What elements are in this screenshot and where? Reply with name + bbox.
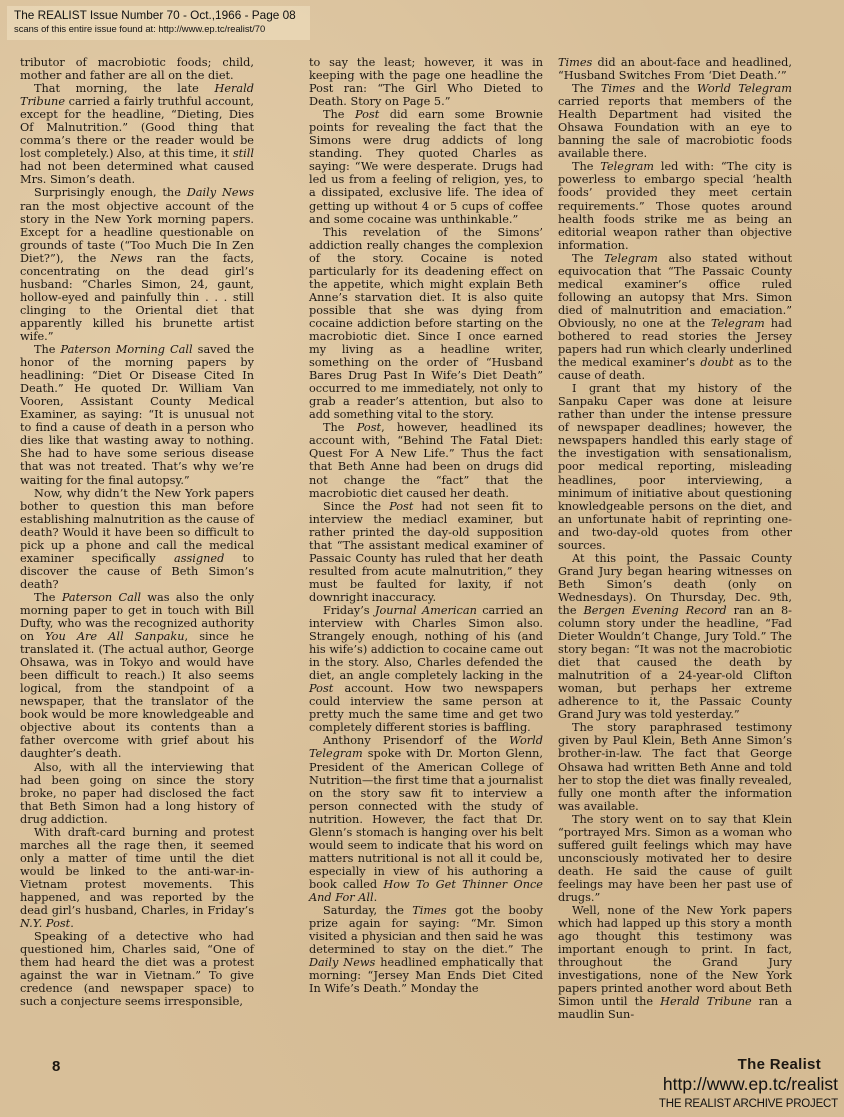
paragraph-text: did an about-face and headlined, “Husban…	[558, 56, 792, 82]
italic-title: doubt	[700, 356, 733, 369]
article-paragraph: Speaking of a detective who had question…	[20, 930, 254, 1008]
italic-title: World Telegram	[697, 82, 792, 95]
article-paragraph: With draft-card burning and protest marc…	[20, 826, 254, 930]
paragraph-text: This revelation of the Simons’ addiction…	[309, 226, 543, 422]
page-number: 8	[52, 1058, 60, 1075]
paragraph-text: spoke with Dr. Morton Glenn, President o…	[309, 747, 543, 890]
italic-title: News	[110, 252, 142, 265]
article-paragraph: At this point, the Passaic County Grand …	[558, 552, 792, 722]
article-paragraph: The Post, however, headlined its account…	[309, 421, 543, 499]
italic-title: Bergen Evening Record	[583, 604, 726, 617]
paragraph-text: Speaking of a detective who had question…	[20, 930, 254, 1008]
article-paragraph: The Times and the World Telegram carried…	[558, 82, 792, 160]
paragraph-text: Friday’s	[323, 604, 375, 617]
paragraph-text: The story paraphrased testimony given by…	[558, 721, 792, 812]
paragraph-text: had not been determined what caused Mrs.…	[20, 160, 254, 186]
italic-title: Post	[355, 108, 379, 121]
paragraph-text: and the	[635, 82, 697, 95]
article-paragraph: The Post did earn some Brownie points fo…	[309, 108, 543, 225]
archive-title: The REALIST Issue Number 70 - Oct.,1966 …	[14, 8, 306, 23]
paragraph-text: I grant that my history of the Sanpaku C…	[558, 382, 792, 552]
paragraph-text: had not seen fit to interview the mediac…	[309, 500, 543, 604]
paragraph-text: .	[70, 917, 74, 930]
article-column-3: Times did an about-face and headlined, “…	[558, 56, 792, 1021]
italic-title: Times	[412, 904, 446, 917]
paragraph-text: The	[572, 252, 604, 265]
italic-title: Paterson Morning Call	[61, 343, 193, 356]
article-paragraph: I grant that my history of the Sanpaku C…	[558, 382, 792, 552]
paragraph-text: Since the	[323, 500, 389, 513]
article-column-1: tributor of macrobiotic foods; child, mo…	[20, 56, 254, 1008]
article-paragraph: The story went on to say that Klein “por…	[558, 813, 792, 904]
italic-title: Post	[309, 682, 333, 695]
paragraph-text: ran an 8-column story under the headline…	[558, 604, 792, 721]
archive-url-link[interactable]: http://www.ep.tc/realist	[663, 1074, 838, 1095]
article-paragraph: The Telegram also stated without equivoc…	[558, 252, 792, 382]
article-paragraph: Saturday, the Times got the booby prize …	[309, 904, 543, 995]
archive-project-label: THE REALIST ARCHIVE PROJECT	[659, 1098, 838, 1110]
paragraph-text: The	[323, 108, 355, 121]
article-paragraph: to say the least; however, it was in kee…	[309, 56, 543, 108]
article-paragraph: tributor of macrobiotic foods; child, mo…	[20, 56, 254, 82]
paragraph-text: The	[34, 591, 62, 604]
paragraph-text: saved the honor of the morning papers by…	[20, 343, 254, 486]
paragraph-text: Also, with all the interviewing that had…	[20, 761, 254, 826]
italic-title: assigned	[174, 552, 224, 565]
article-paragraph: The Paterson Call was also the only morn…	[20, 591, 254, 761]
article-paragraph: Since the Post had not seen fit to inter…	[309, 500, 543, 604]
italic-title: Post	[357, 421, 381, 434]
paragraph-text: led with: “The city is powerless to emba…	[558, 160, 792, 251]
italic-title: Telegram	[711, 317, 765, 330]
paragraph-text: account. How two newspapers could interv…	[309, 682, 543, 734]
archive-header: The REALIST Issue Number 70 - Oct.,1966 …	[7, 6, 310, 40]
italic-title: Daily News	[309, 956, 375, 969]
article-paragraph: Now, why didn’t the New York papers both…	[20, 487, 254, 591]
paragraph-text: carried reports that members of the Heal…	[558, 95, 792, 160]
italic-title: Telegram	[604, 252, 658, 265]
archive-source-note: scans of this entire issue found at: htt…	[14, 23, 306, 35]
paragraph-text: , since he translated it. (The actual au…	[20, 630, 254, 760]
paragraph-text: The	[572, 82, 601, 95]
article-paragraph: Friday’s Journal American carried an int…	[309, 604, 543, 734]
article-paragraph: Surprisingly enough, the Daily News ran …	[20, 186, 254, 343]
italic-title: N.Y. Post	[20, 917, 70, 930]
article-column-2: to say the least; however, it was in kee…	[309, 56, 543, 995]
paragraph-text: Anthony Prisendorf of the	[323, 734, 509, 747]
article-paragraph: Times did an about-face and headlined, “…	[558, 56, 792, 82]
paragraph-text: tributor of macrobiotic foods; child, mo…	[20, 56, 254, 82]
italic-title: Post	[389, 500, 413, 513]
paragraph-text: to say the least; however, it was in kee…	[309, 56, 543, 108]
paragraph-text: did earn some Brownie points for reveali…	[309, 108, 543, 225]
paragraph-text: With draft-card burning and protest marc…	[20, 826, 254, 917]
paragraph-text: Surprisingly enough, the	[34, 186, 187, 199]
paragraph-text: The story went on to say that Klein “por…	[558, 813, 792, 904]
paragraph-text: ran the facts, concentrating on the dead…	[20, 252, 254, 343]
italic-title: still	[233, 147, 254, 160]
magazine-masthead: The Realist	[738, 1056, 821, 1073]
paragraph-text: The	[572, 160, 600, 173]
italic-title: Daily News	[187, 186, 254, 199]
italic-title: Paterson Call	[62, 591, 141, 604]
italic-title: Times	[558, 56, 592, 69]
paragraph-text: Saturday, the	[323, 904, 412, 917]
article-paragraph: The Paterson Morning Call saved the hono…	[20, 343, 254, 487]
article-paragraph: The story paraphrased testimony given by…	[558, 721, 792, 812]
paragraph-text: The	[323, 421, 357, 434]
paragraph-text: Well, none of the New York papers which …	[558, 904, 792, 1008]
article-paragraph: Well, none of the New York papers which …	[558, 904, 792, 1021]
italic-title: Telegram	[600, 160, 654, 173]
italic-title: Times	[601, 82, 635, 95]
article-paragraph: Anthony Prisendorf of the World Telegram…	[309, 734, 543, 904]
paragraph-text: .	[374, 891, 378, 904]
article-paragraph: Also, with all the interviewing that had…	[20, 761, 254, 826]
paragraph-text: The	[34, 343, 61, 356]
article-paragraph: This revelation of the Simons’ addiction…	[309, 226, 543, 422]
italic-title: Herald Tribune	[660, 995, 752, 1008]
article-paragraph: That morning, the late Herald Tribune ca…	[20, 82, 254, 186]
italic-title: Journal American	[375, 604, 477, 617]
paragraph-text: That morning, the late	[34, 82, 214, 95]
article-paragraph: The Telegram led with: “The city is powe…	[558, 160, 792, 251]
italic-title: You Are All Sanpaku	[45, 630, 184, 643]
